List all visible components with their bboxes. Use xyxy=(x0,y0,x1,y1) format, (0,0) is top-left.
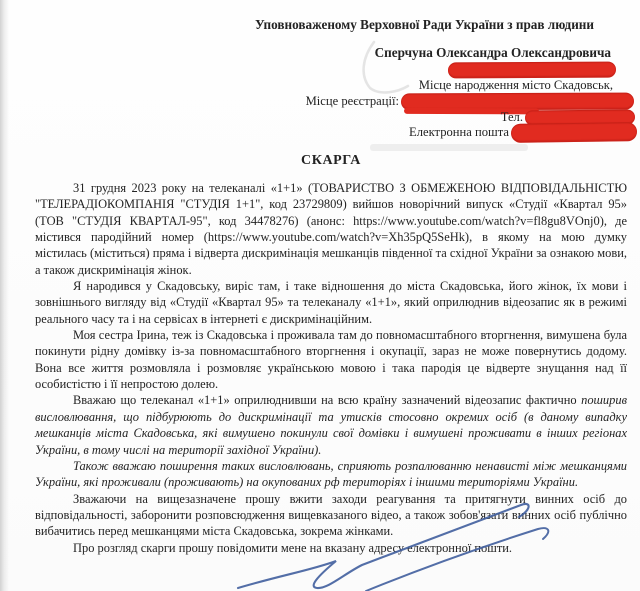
redaction-registration xyxy=(401,93,634,111)
email-label: Електронна пошта xyxy=(409,125,509,140)
paragraph-text: 31 грудня 2023 року на телеканалі «1+1» … xyxy=(35,181,627,277)
paragraph-text: Я народився у Скадовську, виріс там, і т… xyxy=(35,279,627,326)
paragraph: Також вважаю поширення таких висловлюван… xyxy=(35,458,627,491)
paragraph: Про розгляд скарги прошу повідомити мене… xyxy=(35,540,627,556)
paragraph: Я народився у Скадовську, виріс там, і т… xyxy=(35,278,627,327)
redaction-email xyxy=(511,122,637,143)
complaint-document: Уповноваженому Верховної Ради України з … xyxy=(0,0,640,591)
birthplace-line: Місце народження місто Скадовськ, xyxy=(419,78,613,93)
redaction-address xyxy=(448,62,616,79)
paragraph-text: Моя сестра Ірина, теж із Скадовська і пр… xyxy=(35,328,627,391)
body-paragraphs: 31 грудня 2023 року на телеканалі «1+1» … xyxy=(35,180,627,556)
letter-body: СКАРГА 31 грудня 2023 року на телеканалі… xyxy=(35,150,627,556)
paragraph: 31 грудня 2023 року на телеканалі «1+1» … xyxy=(35,180,627,278)
paragraph: Моя сестра Ірина, теж із Скадовська і пр… xyxy=(35,327,627,392)
addressee-line: Уповноваженому Верховної Ради України з … xyxy=(255,17,594,33)
document-title: СКАРГА xyxy=(35,153,627,169)
paragraph-text: Вважаю що телеканал «1+1» оприлюднивши н… xyxy=(73,393,581,407)
paragraph-text: Зважаючи на вищезазначене прошу вжити за… xyxy=(35,492,627,539)
registration-row: Місце реєстрації: xyxy=(306,93,634,110)
paragraph-text-italic: Також вважаю поширення таких висловлюван… xyxy=(35,459,627,489)
paragraph-text: Про розгляд скарги прошу повідомити мене… xyxy=(73,541,512,555)
paragraph: Вважаю що телеканал «1+1» оприлюднивши н… xyxy=(35,392,627,457)
email-row: Електронна пошта xyxy=(409,123,637,142)
registration-label: Місце реєстрації: xyxy=(306,94,399,109)
paragraph: Зважаючи на вищезазначене прошу вжити за… xyxy=(35,491,627,540)
letter-header: Уповноваженому Верховної Ради України з … xyxy=(0,0,640,150)
applicant-name: Сперчуна Олександра Олександровича xyxy=(375,45,611,61)
